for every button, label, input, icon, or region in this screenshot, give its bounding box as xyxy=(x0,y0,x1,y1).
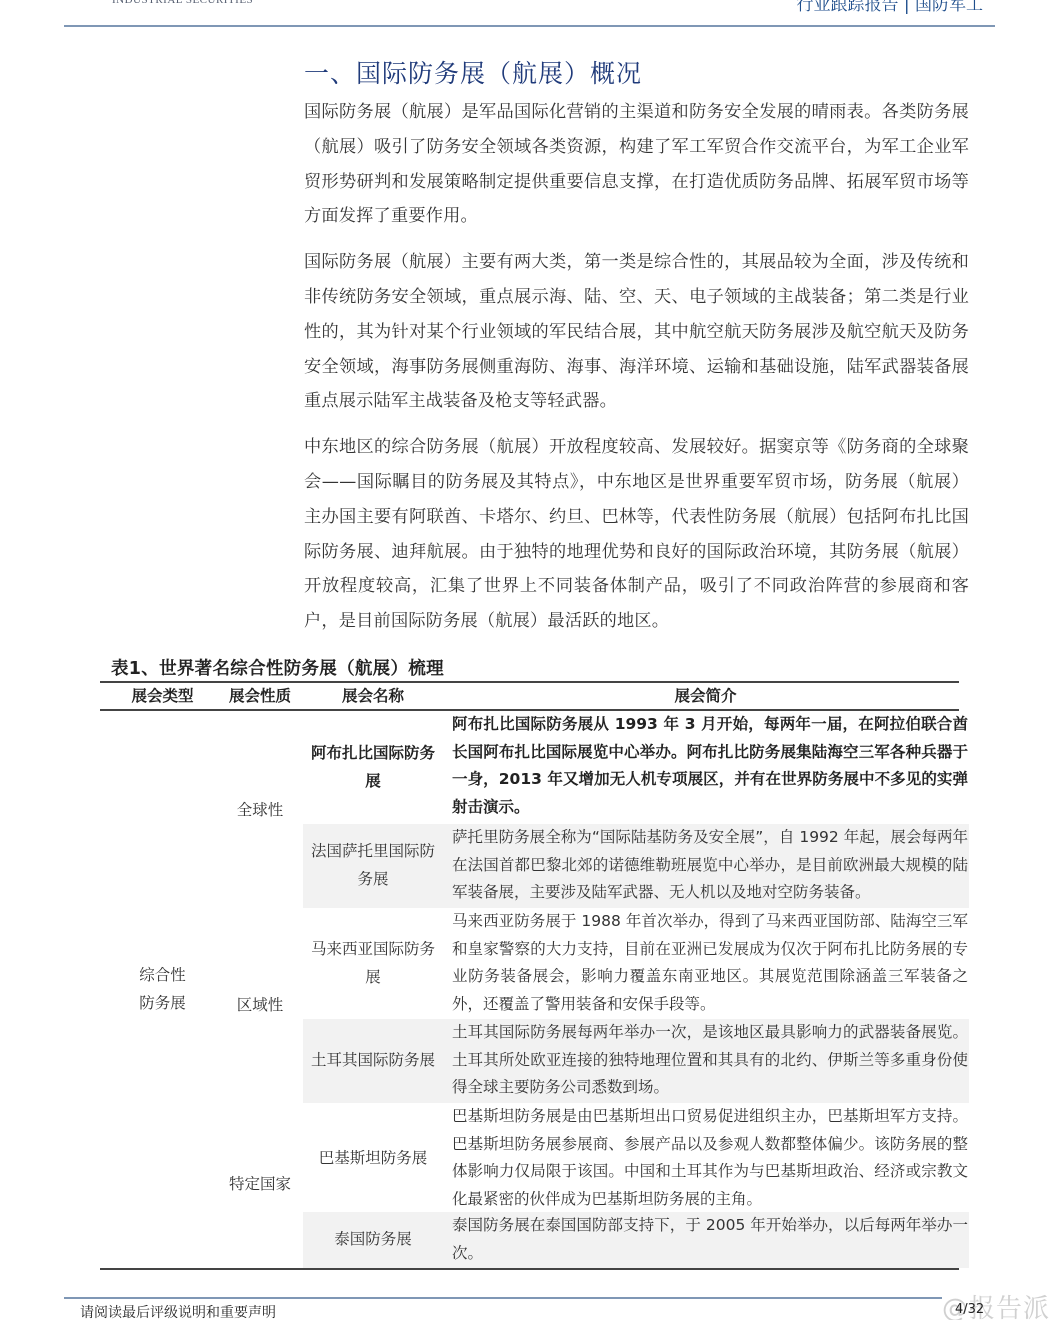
table-row: 土耳其国际防务展 土耳其国际防务展每两年举办一次，是该地区最具影响力的武器装备展… xyxy=(303,1019,969,1103)
expo-name: 泰国防务展 xyxy=(303,1212,443,1268)
expo-type-cell: 综合性 防务展 xyxy=(100,711,225,1268)
expo-name-line: 防务展 xyxy=(389,1051,436,1069)
expo-name-line: 马来西亚国际防 xyxy=(311,940,420,958)
nature-regional-label: 区域性 xyxy=(237,992,284,1020)
header-expo-intro: 展会简介 xyxy=(452,683,959,709)
expo-name: 马来西亚国际防务展 xyxy=(303,908,443,1019)
header-divider xyxy=(64,25,995,27)
nature-specific-label: 特定国家 xyxy=(229,1171,291,1199)
expo-name: 法国萨托里国际防务展 xyxy=(303,824,443,908)
report-category: 行业跟踪报告 | 国防军工 xyxy=(796,0,983,15)
expo-name-line: 巴基斯坦 xyxy=(319,1149,381,1167)
table-row: 法国萨托里国际防务展 萨托里防务展全称为“国际陆基防务及安全展”，自 1992 … xyxy=(303,824,969,908)
header-expo-type: 展会类型 xyxy=(100,683,225,709)
page-header: INDUSTRIAL SECURITIES 行业跟踪报告 | 国防军工 xyxy=(0,0,1061,30)
section-title: 一、国际防务展（航展）概况 xyxy=(304,56,969,92)
header-expo-name: 展会名称 xyxy=(303,683,443,709)
table-bottom-rule xyxy=(100,1268,959,1270)
expo-name: 土耳其国际防务展 xyxy=(303,1019,443,1103)
expo-type-line-2: 防务展 xyxy=(139,990,186,1018)
expo-name-line: 法国萨托里国际 xyxy=(311,842,420,860)
table-title: 表1、世界著名综合性防务展（航展）梳理 xyxy=(111,655,444,680)
nature-specific-country: 特定国家 xyxy=(210,1101,310,1268)
expo-name: 巴基斯坦防务展 xyxy=(303,1103,443,1214)
disclaimer-text: 请阅读最后评级说明和重要声明 xyxy=(80,1302,276,1320)
paragraph-3: 中东地区的综合防务展（航展）开放程度较高、发展较好。据窦京等《防务商的全球聚会—… xyxy=(304,430,969,639)
header-expo-nature: 展会性质 xyxy=(210,683,310,709)
footer-divider xyxy=(64,1297,942,1299)
table-row: 马来西亚国际防务展 马来西亚防务展于 1988 年首次举办，得到了马来西亚国防部… xyxy=(303,908,969,1019)
nature-global: 全球性 xyxy=(210,711,310,911)
company-logo-icon xyxy=(68,0,104,6)
expo-name: 阿布扎比国际防务展 xyxy=(303,711,443,824)
expo-name-line: 土耳其国际 xyxy=(311,1051,389,1069)
table-row: 巴基斯坦防务展 巴基斯坦防务展是由巴基斯坦出口贸易促进组织主办，巴基斯坦军方支持… xyxy=(303,1103,969,1214)
page-number: 4/32 xyxy=(955,1302,984,1317)
nature-global-label: 全球性 xyxy=(237,797,284,825)
expo-description: 巴基斯坦防务展是由巴基斯坦出口贸易促进组织主办，巴基斯坦军方支持。巴基斯坦防务展… xyxy=(452,1103,968,1214)
table-row: 阿布扎比国际防务展 阿布扎比国际防务展从 1993 年 3 月开始，每两年一届，… xyxy=(303,711,969,824)
paragraph-2: 国际防务展（航展）主要有两大类，第一类是综合性的，其展品较为全面，涉及传统和非传… xyxy=(304,245,969,419)
main-content: 一、国际防务展（航展）概况 国际防务展（航展）是军品国际化营销的主渠道和防务安全… xyxy=(304,56,969,639)
expo-description: 土耳其国际防务展每两年举办一次，是该地区最具影响力的武器装备展览。土耳其所处欧亚… xyxy=(452,1019,968,1102)
expo-name-line: 防务展 xyxy=(381,1149,428,1167)
expo-name-line: 泰国防务展 xyxy=(334,1230,412,1248)
paragraph-1: 国际防务展（航展）是军品国际化营销的主渠道和防务安全发展的晴雨表。各类防务展（航… xyxy=(304,95,969,234)
expo-description: 阿布扎比国际防务展从 1993 年 3 月开始，每两年一届，在阿拉伯联合酋长国阿… xyxy=(452,711,968,822)
expo-description: 泰国防务展在泰国国防部支持下，于 2005 年开始举办，以后每两年举办一次。 xyxy=(452,1212,968,1267)
expo-type-line-1: 综合性 xyxy=(139,962,186,990)
expo-description: 萨托里防务展全称为“国际陆基防务及安全展”，自 1992 年起，展会每两年在法国… xyxy=(452,824,968,907)
expo-name-line: 阿布扎比国际防 xyxy=(311,744,420,762)
expo-description: 马来西亚防务展于 1988 年首次举办，得到了马来西亚国防部、陆海空三军和皇家警… xyxy=(452,908,968,1019)
nature-regional: 区域性 xyxy=(210,911,310,1101)
table-row: 泰国防务展 泰国防务展在泰国国防部支持下，于 2005 年开始举办，以后每两年举… xyxy=(303,1212,969,1268)
company-name: INDUSTRIAL SECURITIES xyxy=(112,0,253,6)
